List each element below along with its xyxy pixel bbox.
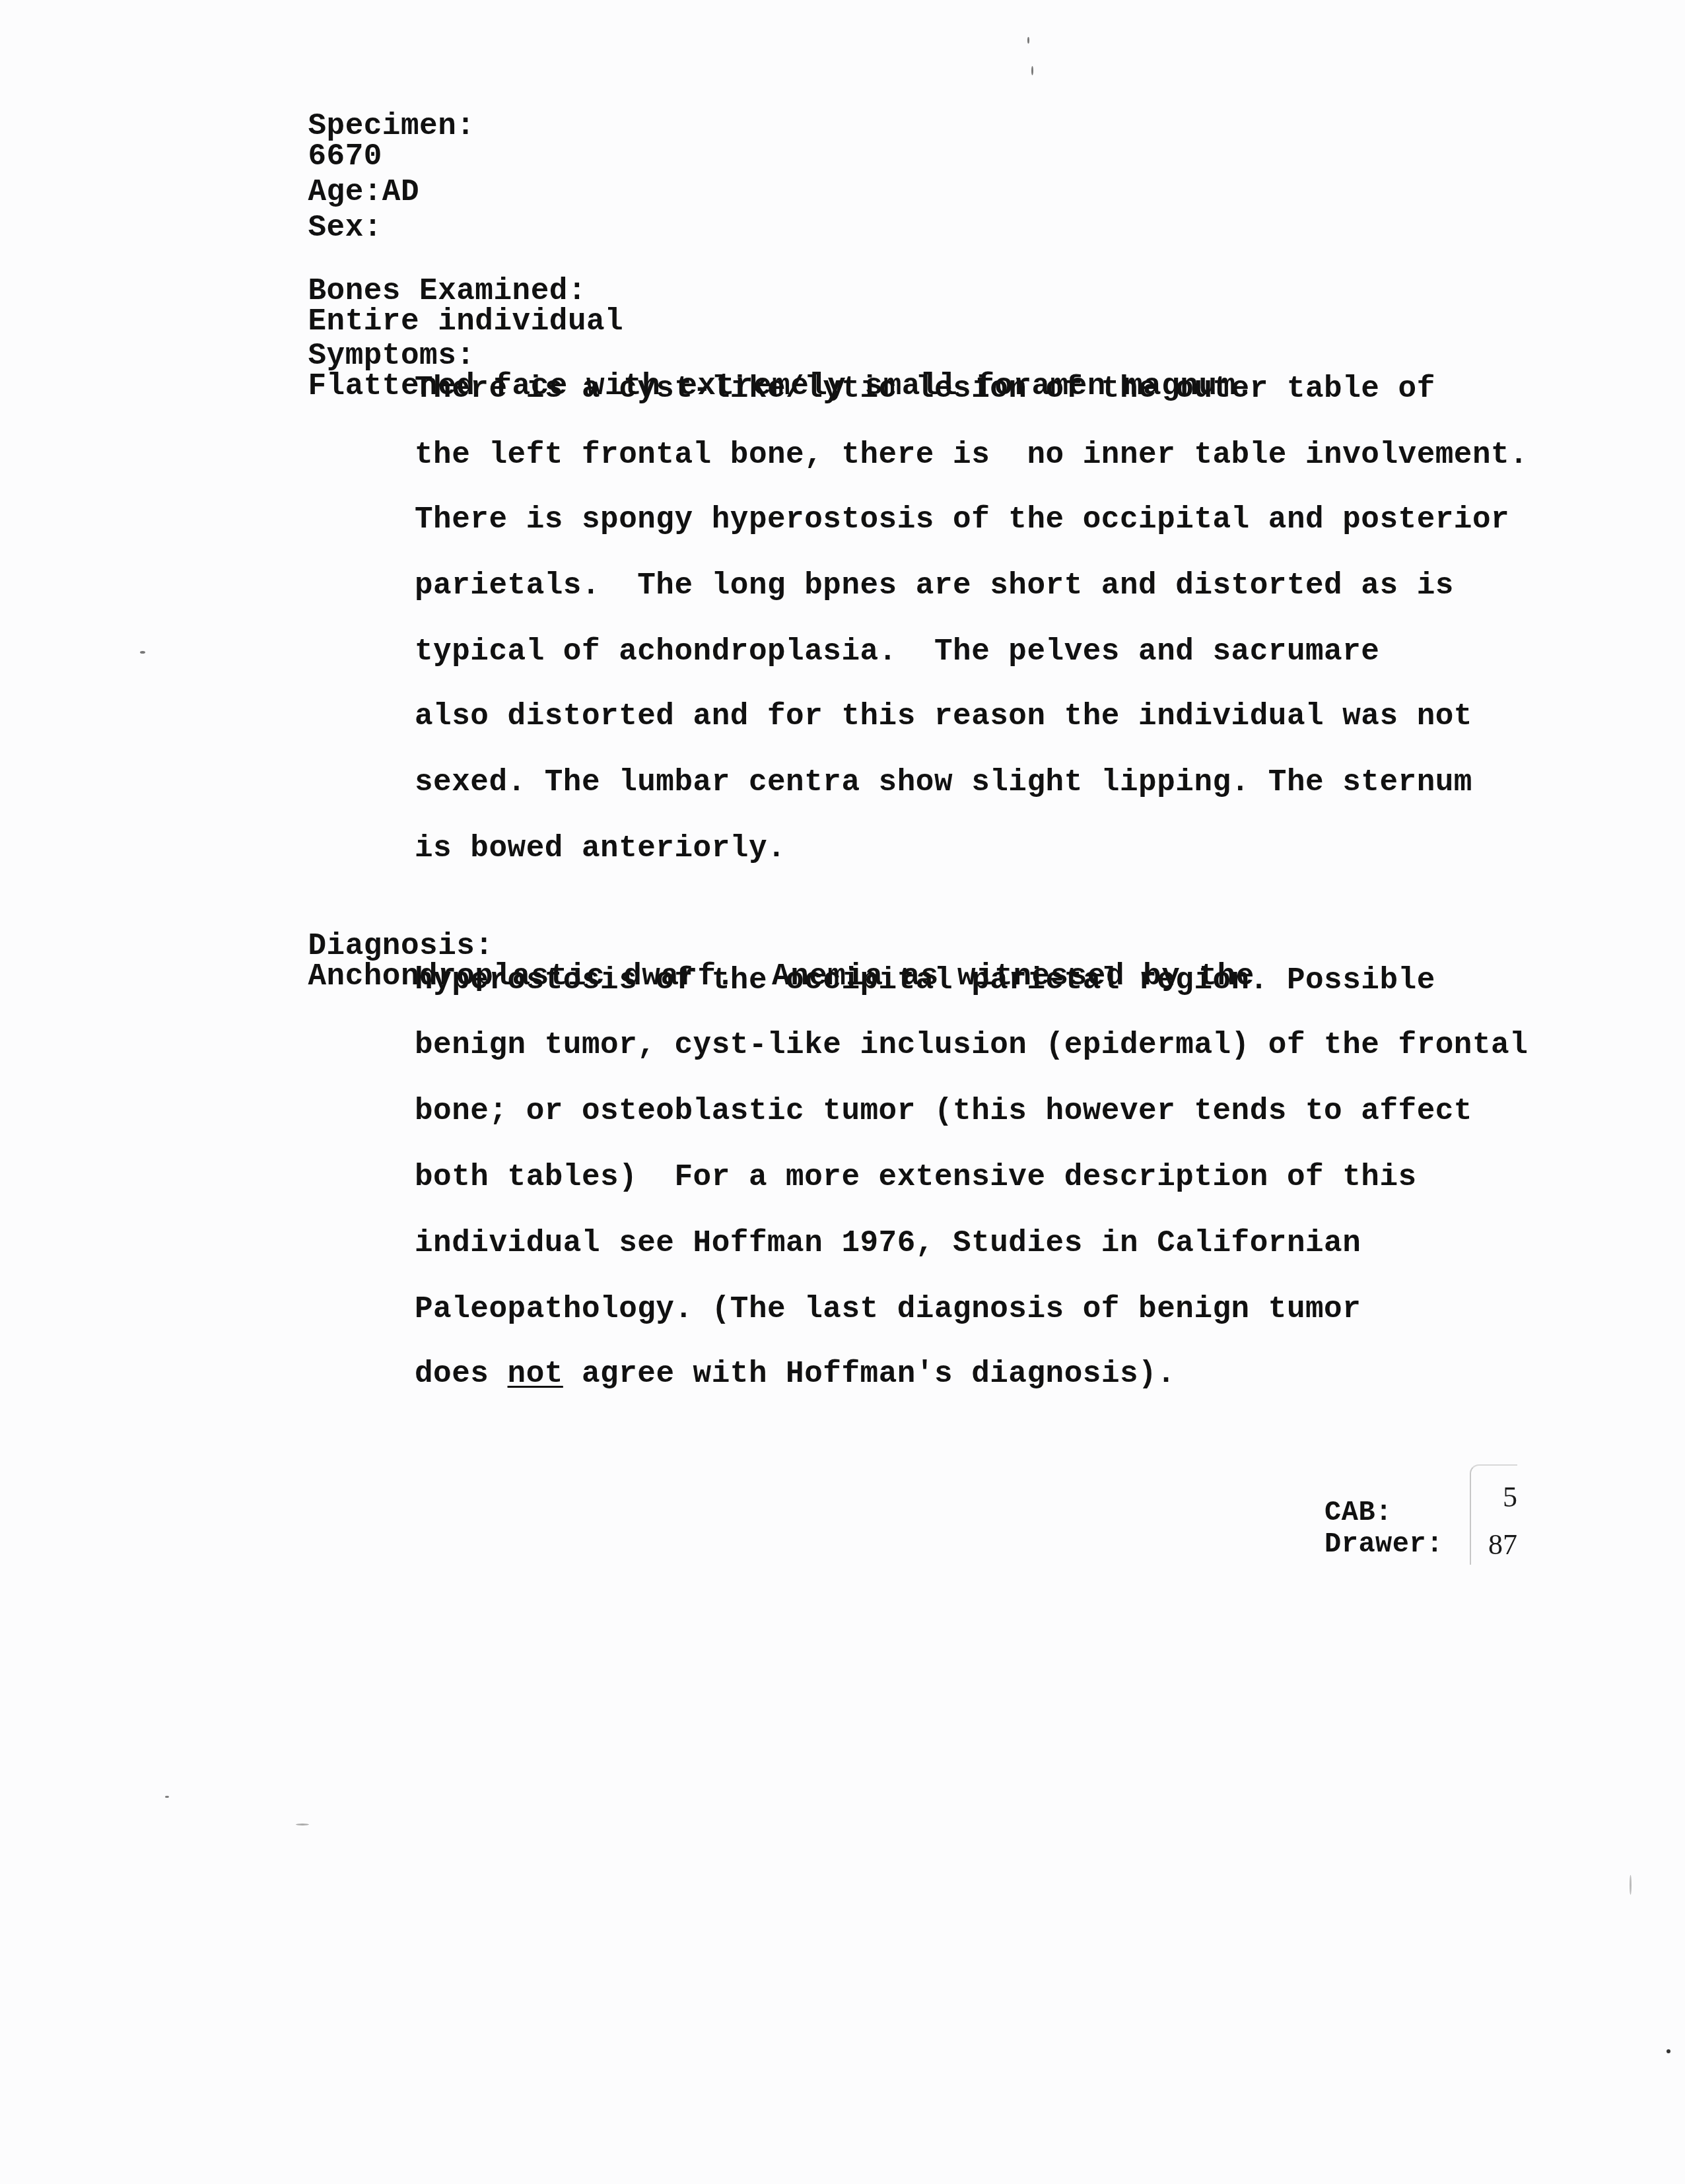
symptoms-label: Symptoms: — [308, 339, 475, 373]
cab-value: 5 — [1503, 1483, 1517, 1512]
symptoms-line: There is spongy hyperostosis of the occi… — [415, 504, 1509, 535]
scan-artifact — [1031, 66, 1033, 75]
drawer-value: 87 — [1488, 1530, 1517, 1559]
symptoms-line: parietals. The long bpnes are short and … — [415, 570, 1454, 601]
sex-label: Sex: — [308, 211, 382, 245]
symptoms-line: typical of achondroplasia. The pelves an… — [415, 636, 1379, 667]
scan-artifact — [140, 651, 145, 654]
scan-artifact — [1027, 37, 1029, 44]
symptoms-line: sexed. The lumbar centra show slight lip… — [415, 767, 1472, 798]
diagnosis-label: Diagnosis: — [308, 929, 493, 963]
symptoms-line: also distorted and for this reason the i… — [415, 701, 1472, 732]
diagnosis-line: hyperostosis of the occipital parietal r… — [415, 965, 1435, 996]
scan-artifact — [1667, 2049, 1670, 2053]
diagnosis-line: bone; or osteoblastic tumor (this howeve… — [415, 1096, 1472, 1126]
document-page: Specimen: 6670 Age:AD Sex: Bones Examine… — [0, 0, 1685, 2184]
scan-artifact — [165, 1796, 169, 1798]
age-value: AD — [382, 175, 419, 209]
diagnosis-last-suffix: agree with Hoffman's diagnosis). — [563, 1357, 1175, 1391]
diagnosis-line: individual see Hoffman 1976, Studies in … — [415, 1228, 1361, 1258]
cab-label: CAB: — [1324, 1499, 1393, 1526]
diagnosis-line: Paleopathology. (The last diagnosis of b… — [415, 1294, 1361, 1324]
diagnosis-last-prefix: does — [415, 1357, 508, 1391]
drawer-label: Drawer: — [1324, 1530, 1443, 1558]
symptoms-line: is bowed anteriorly. — [415, 833, 786, 864]
diagnosis-emphasis: not — [508, 1357, 563, 1391]
symptoms-line: There is a cyst-like/lytic lesion of the… — [415, 374, 1435, 404]
scan-artifact — [296, 1824, 309, 1826]
diagnosis-line: benign tumor, cyst-like inclusion (epide… — [415, 1030, 1528, 1060]
scan-artifact — [1630, 1875, 1632, 1895]
symptoms-first-line: Symptoms: Flattened face with extremely … — [234, 310, 1255, 432]
bones-examined-label: Bones Examined: — [308, 274, 586, 308]
diagnosis-last-line: does not agree with Hoffman's diagnosis)… — [415, 1359, 1175, 1389]
diagnosis-first-line: Diagnosis: Anchondroplastic dwarf. Anemi… — [234, 901, 1255, 1022]
specimen-label: Specimen: — [308, 109, 475, 143]
symptoms-line: the left frontal bone, there is no inner… — [415, 440, 1528, 470]
diagnosis-line: both tables) For a more extensive descri… — [415, 1162, 1417, 1192]
